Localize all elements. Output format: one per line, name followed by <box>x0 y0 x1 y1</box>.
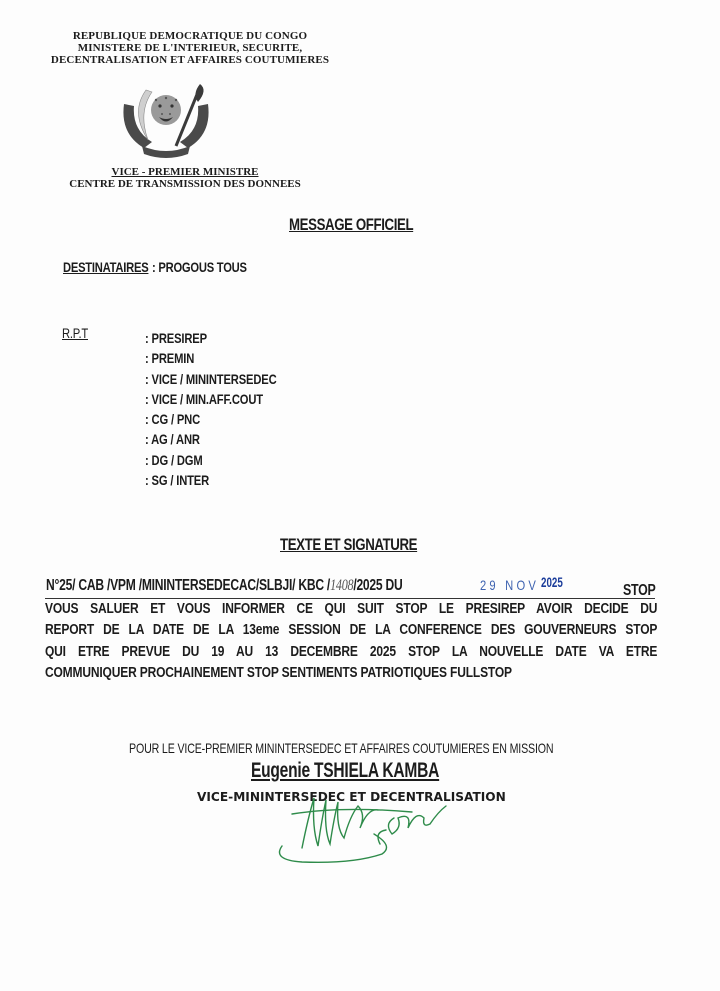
body-line: REPORT DE LA DATE DE LA 13eme SESSION DE… <box>45 619 657 640</box>
body-line: COMMUNIQUER PROCHAINEMENT STOP SENTIMENT… <box>45 662 657 683</box>
signatory-name: Eugenie TSHIELA KAMBA <box>251 759 439 783</box>
department-heading: VICE - PREMIER MINISTRE CENTRE DE TRANSM… <box>50 166 320 190</box>
rpt-item: : AG / ANR <box>145 429 277 449</box>
letterhead-line-2: MINISTERE DE L'INTERIEUR, SECURITE, <box>40 42 340 54</box>
on-behalf-line: POUR LE VICE-PREMIER MININTERSEDEC ET AF… <box>129 740 553 756</box>
rpt-item: : VICE / MIN.AFF.COUT <box>145 389 277 409</box>
destinataires-label: DESTINATAIRES <box>63 259 148 275</box>
letterhead-line-1: REPUBLIQUE DEMOCRATIQUE DU CONGO <box>40 30 340 42</box>
rpt-list: : PRESIREP : PREMIN : VICE / MININTERSED… <box>145 328 309 490</box>
body-line: VOUS SALUER ET VOUS INFORMER CE QUI SUIT… <box>45 598 657 619</box>
rpt-item: : SG / INTER <box>145 470 277 490</box>
rpt-label: R.P.T <box>62 325 88 341</box>
rpt-item: : CG / PNC <box>145 409 277 429</box>
date-stamp-year: 2025 <box>541 574 563 590</box>
department-title: VICE - PREMIER MINISTRE <box>50 166 320 178</box>
coat-of-arms-icon <box>118 82 214 162</box>
body-line: QUI ETRE PREVUE DU 19 AU 13 DECEMBRE 202… <box>45 641 657 662</box>
rpt-item: : DG / DGM <box>145 450 277 470</box>
letterhead: REPUBLIQUE DEMOCRATIQUE DU CONGO MINISTE… <box>40 30 340 66</box>
reference-prefix: N°25/ CAB /VPM /MININTERSEDECAC/SLBJI/ K… <box>46 577 403 595</box>
document-title: MESSAGE OFFICIEL <box>289 215 413 235</box>
department-subtitle: CENTRE DE TRANSMISSION DES DONNEES <box>50 178 320 190</box>
letterhead-line-3: DECENTRALISATION ET AFFAIRES COUTUMIERES <box>40 54 340 66</box>
rpt-item: : PREMIN <box>145 348 277 368</box>
rpt-item: : VICE / MININTERSEDEC <box>145 369 277 389</box>
message-body: VOUS SALUER ET VOUS INFORMER CE QUI SUIT… <box>45 598 657 683</box>
destinataires-value: : PROGOUS TOUS <box>152 259 247 275</box>
rpt-item: : PRESIREP <box>145 328 277 348</box>
section-title: TEXTE ET SIGNATURE <box>280 535 417 555</box>
date-stamp: 29 NOV <box>480 577 539 593</box>
handwritten-number: 1408 <box>330 577 353 594</box>
handwritten-signature-icon <box>262 788 462 868</box>
